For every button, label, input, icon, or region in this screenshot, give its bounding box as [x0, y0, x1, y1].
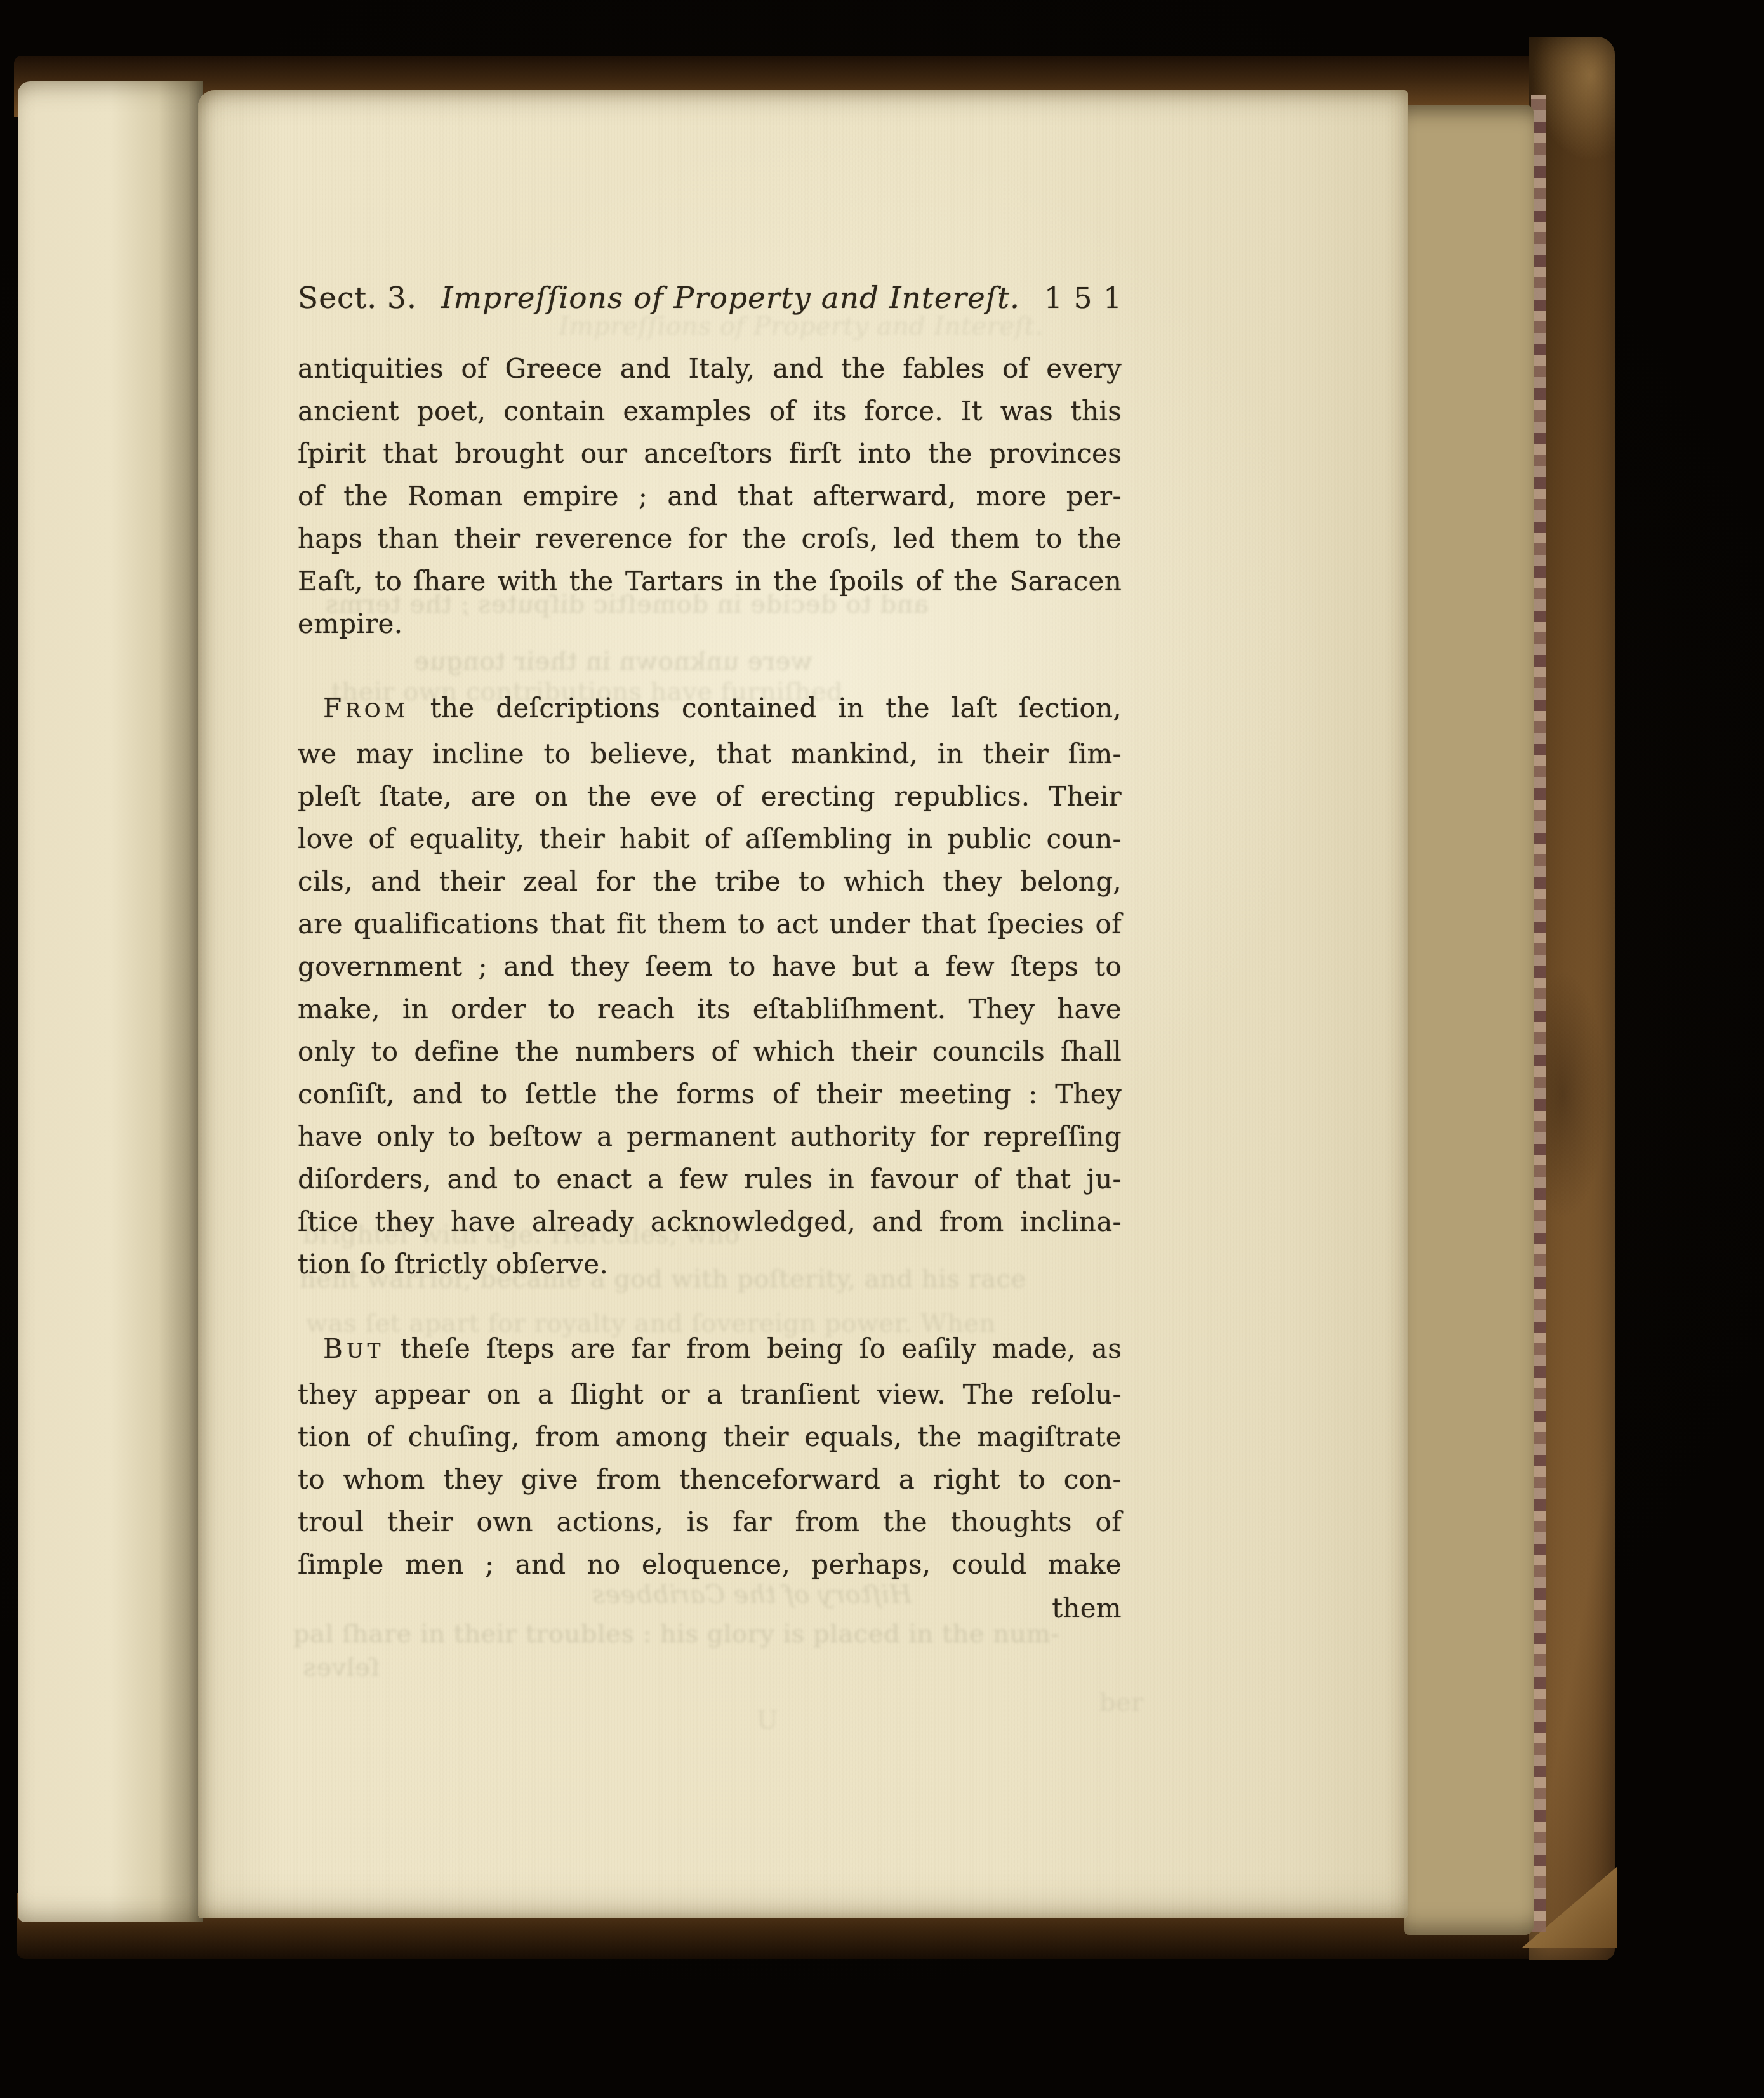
show-through-text: ſelves [303, 1655, 380, 1680]
text-line: love of equality, their habit of aſſembl… [298, 818, 1122, 860]
section-label: Sect. 3. [298, 281, 417, 315]
text-line: we may incline to believe, that mankind,… [298, 733, 1122, 775]
smallcaps-opener: But [323, 1333, 384, 1364]
text-line: ſimple men ; and no eloquence, perhaps, … [298, 1543, 1122, 1586]
show-through-text: Impreſſions of Property and Intereſt. [388, 314, 1214, 339]
smallcaps-opener: From [323, 693, 409, 724]
text-line: are qualifications that fit them to act … [298, 903, 1122, 945]
text-line: conſiſt, and to ſettle the forms of thei… [298, 1073, 1122, 1115]
text-line: government ; and they ſeem to have but a… [298, 945, 1122, 988]
text-line: ſtice they have already acknowledged, an… [298, 1200, 1122, 1243]
text-line: cils, and their zeal for the tribe to wh… [298, 860, 1122, 903]
text-line: ſpirit that brought our anceſtors firſt … [298, 432, 1122, 475]
book-page: Impreſſions of Property and Intereſt. an… [198, 90, 1408, 1918]
running-title: Impreſſions of Property and Intereſt. [417, 281, 1044, 315]
text-line: to whom they give from thenceforward a r… [298, 1458, 1122, 1501]
text-line: From the deſcriptions contained in the l… [298, 687, 1122, 733]
text-line: have only to beſtow a permanent authorit… [298, 1115, 1122, 1158]
text-line: pleſt ſtate, are on the eve of erecting … [298, 775, 1122, 818]
text-line: diſorders, and to enact a few rules in f… [298, 1158, 1122, 1200]
fore-edge-page-block [1404, 105, 1534, 1935]
text-line: of the Roman empire ; and that afterward… [298, 475, 1122, 517]
text-line: antiquities of Greece and Italy, and the… [298, 347, 1122, 390]
paragraph: From the deſcriptions contained in the l… [298, 687, 1122, 1285]
text-line: haps than their reverence for the croſs,… [298, 517, 1122, 560]
text-line: tion of chuſing, from among their equals… [298, 1416, 1122, 1458]
book-photograph: Impreſſions of Property and Intereſt. an… [0, 0, 1764, 2098]
page-number: 151 [1044, 281, 1133, 315]
text-line: only to define the numbers of which thei… [298, 1030, 1122, 1073]
text-line: make, in order to reach its eſtabliſhmen… [298, 988, 1122, 1030]
text-line: But theſe ſteps are far from being ſo ea… [298, 1327, 1122, 1373]
facing-page-edge [18, 81, 203, 1922]
text-line: tion ſo ſtrictly obſerve. [298, 1243, 1122, 1285]
text-line: Eaſt, to ſhare with the Tartars in the ſ… [298, 560, 1122, 602]
text-line: ancient poet, contain examples of its fo… [298, 390, 1122, 432]
text-line: empire. [298, 602, 1122, 645]
paragraph: But theſe ſteps are far from being ſo ea… [298, 1327, 1122, 1586]
page-header: Sect. 3. Impreſſions of Property and Int… [298, 281, 1122, 315]
text-line: troul their own actions, is far from the… [298, 1501, 1122, 1543]
catchword: them [298, 1587, 1122, 1630]
body-text: antiquities of Greece and Italy, and the… [298, 347, 1122, 1630]
text-line: they appear on a ſlight or a tranſient v… [298, 1373, 1122, 1416]
show-through-text: U [757, 1708, 778, 1733]
show-through-text: ber [1099, 1690, 1144, 1715]
paragraph: antiquities of Greece and Italy, and the… [298, 347, 1122, 645]
